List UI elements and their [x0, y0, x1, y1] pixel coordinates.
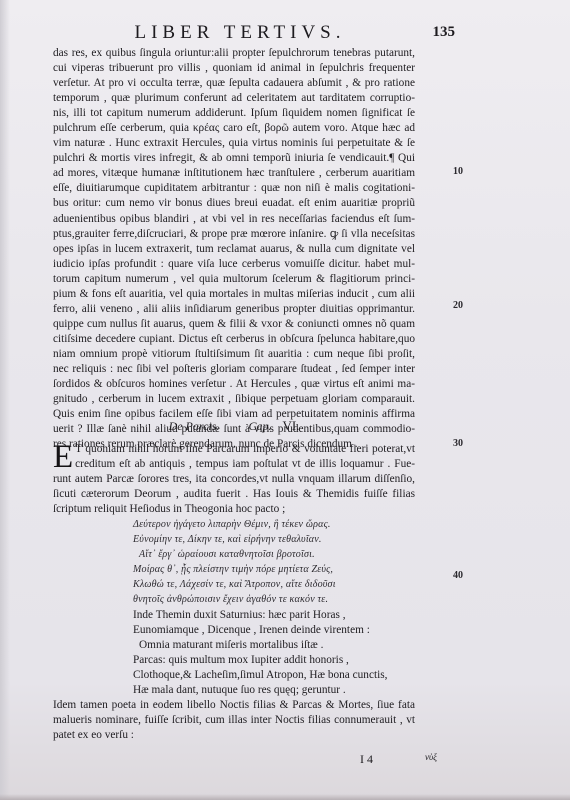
latin-verse: Hæ mala dant, nutuque ſuo res quęq; geru… — [53, 683, 415, 698]
text-line: nis, illi tot capitum numerum addiderunt… — [53, 106, 415, 121]
text-line: pulchrum eſſe cerberum, quia κρέας caro … — [53, 121, 415, 136]
text-line: Idem tamen poeta in eodem libello Noctis… — [53, 698, 415, 713]
text-line: eſſe, diuitiarumque cupiditatem arbitran… — [53, 181, 415, 196]
text-line: cui viperas tribuerunt pro villis , quon… — [53, 61, 415, 76]
chapter-title: De Parcis. — [169, 419, 220, 433]
text-line: patet ex eo verſu : — [53, 728, 415, 743]
text-line: aduenientibus opibus blandiri , at vbi v… — [53, 212, 415, 227]
text-line: opes ipſas in lucem extraxerit, tum recl… — [53, 242, 415, 257]
text-line: runt autem Parcæ ſorores tres, ita conco… — [53, 472, 415, 487]
text-line: pulchri & mortis vires infregit, & ab om… — [53, 151, 415, 166]
main-text-block: das res, ex quibus ſingula oriuntur:alii… — [53, 46, 415, 452]
latin-verse: Parcas: quis multum mox Iupiter addit ho… — [53, 653, 415, 668]
latin-verse: Omnia maturant miſeris mortalibus iſtæ . — [53, 638, 415, 653]
greek-verse: θνητοῖς ἀνθρώποισιν ἔχειν ἀγαθόν τε κακό… — [53, 592, 415, 607]
running-title: LIBER TERTIVS. — [55, 22, 425, 44]
text-line: nec reliquis : nec ſibi vel poſteris glo… — [53, 362, 415, 377]
chapter-text-block: E T quoniam nihil horum ſine Parcarum im… — [53, 442, 415, 743]
margin-line-number: 30 — [453, 438, 463, 449]
text-line: T quoniam nihil horum ſine Parcarum impe… — [53, 442, 415, 457]
text-line: quippe cum nullus ſit auarus, quem & fil… — [53, 317, 415, 332]
text-line: iudicio ipſas profundit : quare viſa luc… — [53, 257, 415, 272]
catchword: νὺξ — [425, 752, 437, 762]
text-line: creditum eſt ab antiquis , tempus iam po… — [53, 457, 415, 472]
signature-mark: I 4 — [360, 752, 373, 767]
page-number: 135 — [433, 24, 456, 41]
text-line: das res, ex quibus ſingula oriuntur:alii… — [53, 46, 415, 61]
text-line: verſetur. At pro vi occulta terræ, quæ ſ… — [53, 76, 415, 91]
text-line: temporum , quæ plurimum conferunt ad cel… — [53, 91, 415, 106]
text-line: ſordidos & obſcuros homines verſetur . A… — [53, 377, 415, 392]
latin-verse: Eunomiamque , Dicenque , Irenen deinde v… — [53, 623, 415, 638]
latin-verse: Clothoque,& Lacheſim,ſimul Atropon, Hæ b… — [53, 668, 415, 683]
drop-cap: E — [53, 443, 73, 471]
text-line: pium & fons eſt auaritia, vel quia morta… — [53, 287, 415, 302]
greek-verse: Κλωθώ τε, Λάχεσίν τε, καὶ Ἄτροπον, αἵτε … — [53, 577, 415, 592]
margin-line-number: 10 — [453, 166, 463, 177]
text-line: vim naturæ . Hunc extraxit Hercules, qui… — [53, 136, 415, 151]
text-line: ferro, alii veneno , alii aliis inſidiar… — [53, 302, 415, 317]
greek-verse: Αἵτ᾽ ἔργ᾽ ὡραίουσι καταθνητοῖσι βροτοῖσι… — [53, 547, 415, 562]
text-line: gnitudo , cerberum in lucem extraxit , ſ… — [53, 392, 415, 407]
greek-verse: Μοίρας θ᾽, ᾗς πλείστην τιμὴν πόρε μητίετ… — [53, 562, 415, 577]
text-line: ſcriptum reliquit Heſiodus in Theogonia … — [53, 502, 415, 517]
text-line: bus oritur: cum nemo vir bonus diues bre… — [53, 196, 415, 211]
text-line: ſicuti cæterorum Deorum , audita fuerit … — [53, 487, 415, 502]
text-line: ptus,grauiter ferre,diſcruciari, & prope… — [53, 227, 415, 242]
text-line: malueris nominare, fuiſſe ſcribit, cum i… — [53, 713, 415, 728]
book-page: LIBER TERTIVS. 135 das res, ex quibus ſi… — [0, 0, 570, 800]
text-line: citiſsime decedere cupiant. Dictus eſt c… — [53, 332, 415, 347]
latin-verse: Inde Themin duxit Saturnius: hæc parit H… — [53, 608, 415, 623]
margin-line-number: 40 — [453, 570, 463, 581]
chapter-label: Cap. — [248, 419, 271, 433]
text-line: niam omnium propè vitiorum ſtultiſsimum … — [53, 347, 415, 362]
text-line: ad mores, vitæque humanæ inſtitutionem h… — [53, 166, 415, 181]
chapter-heading: De Parcis. Cap. VI. — [53, 418, 415, 434]
margin-line-number: 20 — [453, 300, 463, 311]
greek-verse: Εὐνομίην τε, Δίκην τε, καὶ εἰρήνην τεθαλ… — [53, 532, 415, 547]
greek-verse: Δεύτερον ἠγάγετο λιπαρὴν Θέμιν, ἣ τέκεν … — [53, 517, 415, 532]
page-bottom-edge — [0, 794, 570, 800]
running-head: LIBER TERTIVS. 135 — [55, 22, 455, 46]
chapter-number: VI. — [282, 418, 299, 433]
gutter-shadow — [0, 0, 10, 800]
text-line: torum capitum numerum , vel quia multoru… — [53, 272, 415, 287]
